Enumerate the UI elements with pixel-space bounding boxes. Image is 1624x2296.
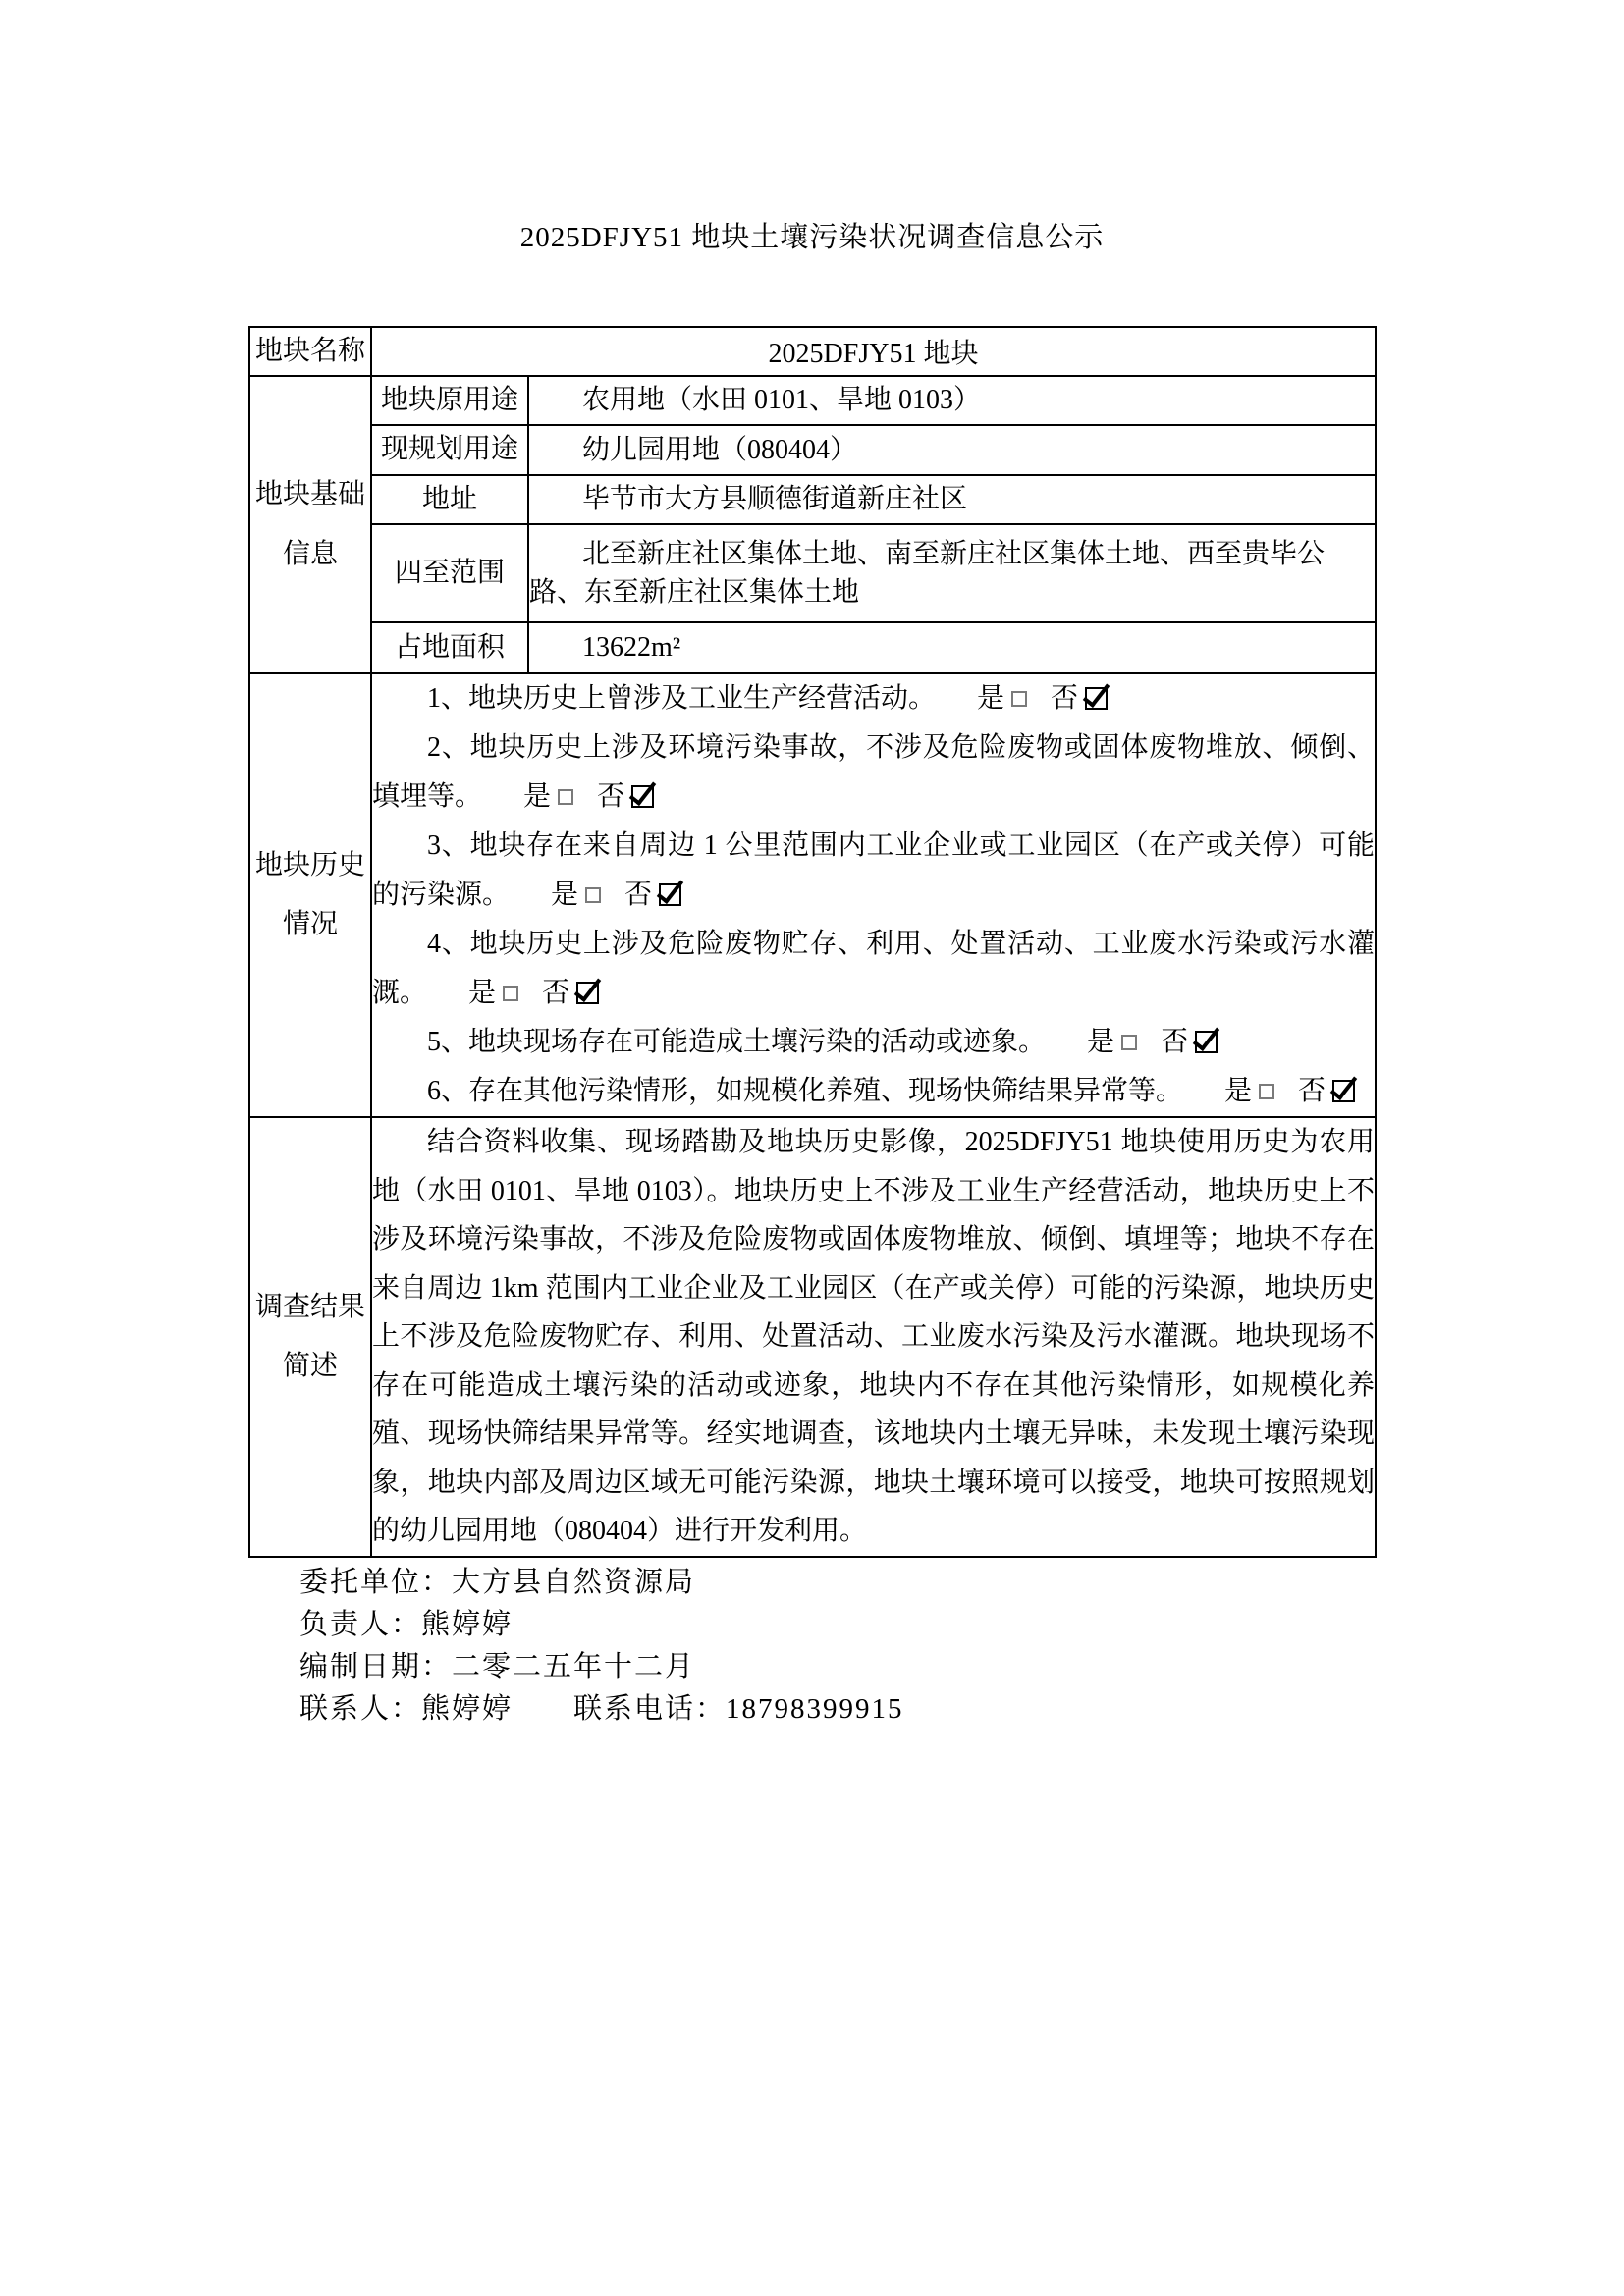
original-use-label: 地块原用途: [371, 376, 528, 425]
no-checkbox-checked-icon: [1085, 687, 1108, 710]
no-checkbox-checked-icon: [1195, 1031, 1218, 1053]
history-item-5: 5、地块现场存在可能造成土壤污染的活动或迹象。是否: [372, 1018, 1375, 1067]
item-number: 2、: [427, 732, 470, 763]
yes-checkbox-unchecked-icon: [1259, 1084, 1274, 1099]
yes-label: 是: [1224, 1076, 1252, 1106]
address-label: 地址: [371, 475, 528, 524]
item-text: 存在其他污染情形，如规模化养殖、现场快筛结果异常等。: [468, 1076, 1183, 1106]
item-number: 4、: [427, 929, 470, 959]
history-item-3: 3、地块存在来自周边 1 公里范围内工业企业或工业园区（在产或关停）可能的污染源…: [372, 822, 1375, 920]
no-label: 否: [1161, 1027, 1188, 1057]
history-label: 地块历史情况: [249, 673, 371, 1117]
boundaries-label: 四至范围: [371, 524, 528, 622]
yes-checkbox-unchecked-icon: [558, 789, 573, 805]
yes-label: 是: [551, 880, 578, 910]
page-title: 2025DFJY51 地块土壤污染状况调查信息公示: [0, 220, 1624, 255]
yes-checkbox-unchecked-icon: [503, 986, 518, 1001]
item-number: 1、: [427, 683, 468, 714]
area-value: 13622m²: [528, 622, 1376, 673]
info-table: 地块名称 2025DFJY51 地块 地块基础信息 地块原用途 农用地（水田 0…: [248, 326, 1377, 1558]
item-number: 5、: [427, 1027, 468, 1057]
item-text: 地块存在来自周边 1 公里范围内工业企业或工业园区（在产或关停）可能的污染源。: [372, 830, 1375, 910]
no-checkbox-checked-icon: [631, 785, 654, 808]
address-value: 毕节市大方县顺德街道新庄社区: [528, 475, 1376, 524]
history-item-2: 2、地块历史上涉及环境污染事故，不涉及危险废物或固体废物堆放、倾倒、填埋等。是否: [372, 723, 1375, 822]
boundaries-value: 北至新庄社区集体土地、南至新庄社区集体土地、西至贵毕公路、东至新庄社区集体土地: [528, 524, 1376, 622]
yes-label: 是: [468, 978, 496, 1008]
document-page: 2025DFJY51 地块土壤污染状况调查信息公示 地块名称 2025DFJY5…: [0, 0, 1624, 2296]
no-checkbox-checked-icon: [576, 982, 599, 1004]
item-text: 地块历史上涉及危险废物贮存、利用、处置活动、工业废水污染或污水灌溉。: [372, 929, 1375, 1008]
no-label: 否: [1051, 683, 1078, 714]
summary-label: 调查结果简述: [249, 1117, 371, 1557]
yes-label: 是: [1087, 1027, 1114, 1057]
area-label: 占地面积: [371, 622, 528, 673]
yes-label: 是: [523, 781, 551, 812]
item-text: 地块历史上曾涉及工业生产经营活动。: [468, 683, 936, 714]
table-row: 占地面积 13622m²: [249, 622, 1376, 673]
history-item-6: 6、存在其他污染情形，如规模化养殖、现场快筛结果异常等。是否: [372, 1067, 1375, 1116]
document-footer: 委托单位：大方县自然资源局 负责人：熊婷婷 编制日期：二零二五年十二月 联系人：…: [299, 1562, 904, 1731]
no-checkbox-checked-icon: [659, 883, 681, 906]
yes-checkbox-unchecked-icon: [1121, 1035, 1137, 1050]
planned-use-value: 幼儿园用地（080404）: [528, 425, 1376, 475]
table-row: 地块历史情况 1、地块历史上曾涉及工业生产经营活动。是否 2、地块历史上涉及环境…: [249, 673, 1376, 1117]
table-row: 地块基础信息 地块原用途 农用地（水田 0101、旱地 0103）: [249, 376, 1376, 425]
original-use-value: 农用地（水田 0101、旱地 0103）: [528, 376, 1376, 425]
site-name-label: 地块名称: [249, 327, 371, 376]
history-items-cell: 1、地块历史上曾涉及工业生产经营活动。是否 2、地块历史上涉及环境污染事故，不涉…: [371, 673, 1376, 1117]
yes-label: 是: [977, 683, 1004, 714]
yes-checkbox-unchecked-icon: [585, 887, 601, 903]
history-item-4: 4、地块历史上涉及危险废物贮存、利用、处置活动、工业废水污染或污水灌溉。是否: [372, 920, 1375, 1018]
table-row: 四至范围 北至新庄社区集体土地、南至新庄社区集体土地、西至贵毕公路、东至新庄社区…: [249, 524, 1376, 622]
basic-info-label: 地块基础信息: [249, 376, 371, 673]
summary-cell: 结合资料收集、现场踏勘及地块历史影像，2025DFJY51 地块使用历史为农用地…: [371, 1117, 1376, 1557]
no-label: 否: [624, 880, 652, 910]
history-item-1: 1、地块历史上曾涉及工业生产经营活动。是否: [372, 674, 1375, 723]
no-label: 否: [542, 978, 569, 1008]
item-number: 6、: [427, 1076, 468, 1106]
table-row: 现规划用途 幼儿园用地（080404）: [249, 425, 1376, 475]
item-text: 地块现场存在可能造成土壤污染的活动或迹象。: [468, 1027, 1046, 1057]
site-name-value: 2025DFJY51 地块: [371, 327, 1376, 376]
planned-use-label: 现规划用途: [371, 425, 528, 475]
summary-text: 结合资料收集、现场踏勘及地块历史影像，2025DFJY51 地块使用历史为农用地…: [372, 1118, 1375, 1556]
table-row: 调查结果简述 结合资料收集、现场踏勘及地块历史影像，2025DFJY51 地块使…: [249, 1117, 1376, 1557]
footer-commissioning-unit: 委托单位：大方县自然资源局: [299, 1562, 904, 1604]
table-row: 地址 毕节市大方县顺德街道新庄社区: [249, 475, 1376, 524]
footer-responsible-person: 负责人：熊婷婷: [299, 1604, 904, 1646]
no-checkbox-checked-icon: [1332, 1080, 1355, 1102]
no-label: 否: [597, 781, 624, 812]
item-number: 3、: [427, 830, 470, 861]
footer-compile-date: 编制日期：二零二五年十二月: [299, 1646, 904, 1688]
table-row: 地块名称 2025DFJY51 地块: [249, 327, 1376, 376]
footer-contact: 联系人：熊婷婷 联系电话：18798399915: [299, 1688, 904, 1731]
no-label: 否: [1298, 1076, 1326, 1106]
yes-checkbox-unchecked-icon: [1011, 691, 1027, 707]
